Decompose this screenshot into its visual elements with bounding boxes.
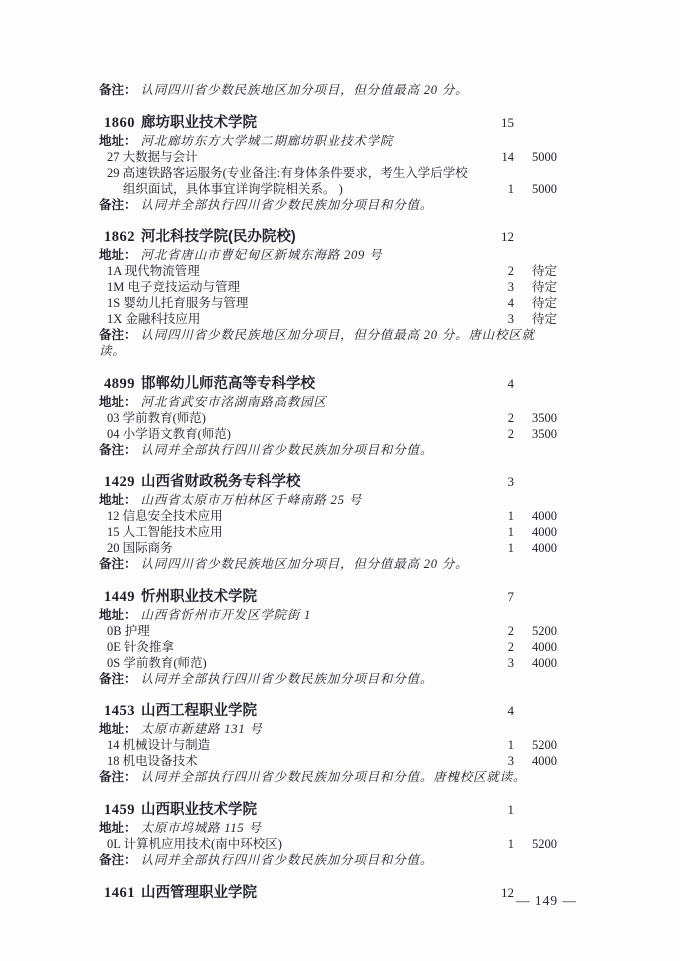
major-title: 20 国际商务	[99, 541, 478, 557]
school-header-row: 1862河北科技学院(民办院校) 12	[99, 227, 557, 247]
address-row: 地址：太原市新建路 131 号	[99, 722, 557, 738]
major-plan-count: 3	[478, 280, 514, 296]
majors: 1A 现代物流管理 2 待定 1M 电子竞技运动与管理 3 待定 1S 婴幼儿托…	[99, 264, 557, 328]
school-code: 1449	[104, 589, 135, 605]
address-text: 太原市坞城路 115 号	[141, 821, 262, 835]
major-row: 1M 电子竞技运动与管理 3 待定	[99, 280, 557, 296]
major-row: 0S 学前教育(师范) 3 4000	[99, 656, 557, 672]
school-title: 4899邯郸幼儿师范高等专科学校	[99, 375, 478, 394]
major-code: 18	[107, 754, 120, 768]
school-name: 山西职业技术学院	[141, 802, 257, 818]
carryover-remark-row: 备注：认同四川省少数民族地区加分项目，但分值最高 20 分。	[99, 83, 557, 99]
major-plan-count: 2	[478, 411, 514, 427]
major-plan-count: 3	[478, 656, 514, 672]
major-row: 0L 计算机应用技术(南中环校区) 1 5200	[99, 837, 557, 853]
document-page: 备注：认同四川省少数民族地区加分项目，但分值最高 20 分。 1860廊坊职业技…	[0, 0, 680, 961]
school-block: 1453山西工程职业学院 4 地址：太原市新建路 131 号 14 机械设计与制…	[99, 701, 557, 786]
major-plan-count: 2	[478, 640, 514, 656]
school-header-row: 1453山西工程职业学院 4	[99, 701, 557, 721]
major-name: 人工智能技术应用	[123, 525, 223, 539]
major-tuition-fee: 5200	[514, 738, 557, 754]
major-tuition-fee: 4000	[514, 541, 557, 557]
remark-text: 认同并全部执行四川省少数民族加分项目和分值。	[141, 443, 434, 457]
major-name: 计算机应用技术(南中环校区)	[124, 837, 282, 851]
address-row: 地址：山西省忻州市开发区学院街 1	[99, 608, 557, 624]
major-code: 1X	[107, 312, 122, 326]
major-title: 1X 金融科技应用	[99, 312, 478, 328]
address-text: 太原市新建路 131 号	[141, 722, 263, 736]
major-name: 学前教育(师范)	[123, 656, 206, 670]
major-code: 14	[107, 738, 120, 752]
school-title: 1860廊坊职业技术学院	[99, 114, 478, 133]
major-row: 0E 针灸推拿 2 4000	[99, 640, 557, 656]
major-plan-count: 3	[478, 754, 514, 770]
major-plan-count: 1	[478, 525, 514, 541]
major-name: 小学语文教育(师范)	[123, 427, 231, 441]
major-plan-count: 3	[478, 312, 514, 328]
major-plan-count: 1	[478, 738, 514, 754]
major-row: 1X 金融科技应用 3 待定	[99, 312, 557, 328]
major-code: 15	[107, 525, 120, 539]
majors: 12 信息安全技术应用 1 4000 15 人工智能技术应用 1 4000 20…	[99, 509, 557, 557]
remark-row: 备注：认同四川省少数民族地区加分项目，但分值最高 20 分。唐山校区就读。	[99, 328, 557, 360]
major-title: 04 小学语文教育(师范)	[99, 427, 478, 443]
school-block: 1862河北科技学院(民办院校) 12 地址：河北省唐山市曹妃甸区新城东海路 2…	[99, 227, 557, 359]
major-code: 1S	[107, 296, 120, 310]
address-row: 地址：太原市坞城路 115 号	[99, 821, 557, 837]
major-row: 29 高速铁路客运服务(专业备注:有身体条件要求，考生入学后学校组织面试，具体事…	[99, 166, 557, 198]
major-plan-count: 14	[478, 150, 514, 166]
major-tuition-fee: 5000	[514, 150, 557, 166]
school-header-row: 1459山西职业技术学院 1	[99, 800, 557, 820]
address-label: 地址：	[99, 821, 137, 835]
address-text: 山西省忻州市开发区学院街 1	[141, 608, 312, 622]
school-header-row: 1461山西管理职业学院 12	[99, 883, 557, 903]
address-label: 地址：	[99, 493, 137, 507]
major-name: 机械设计与制造	[123, 738, 211, 752]
remark-label: 备注：	[99, 328, 137, 342]
major-tuition-fee: 待定	[514, 296, 557, 312]
major-title: 0S 学前教育(师范)	[99, 656, 478, 672]
majors: 0B 护理 2 5200 0E 针灸推拿 2 4000 0S 学前教育(师范) …	[99, 624, 557, 672]
major-row: 03 学前教育(师范) 2 3500	[99, 411, 557, 427]
major-title: 03 学前教育(师范)	[99, 411, 478, 427]
remark-label: 备注：	[99, 770, 137, 784]
school-title: 1429山西省财政税务专科学校	[99, 473, 478, 492]
major-name: 针灸推拿	[124, 640, 174, 654]
major-tuition-fee: 3500	[514, 427, 557, 443]
school-block: 1860廊坊职业技术学院 15 地址：河北廊坊东方大学城二期廊坊职业技术学院 2…	[99, 113, 557, 214]
major-title: 0E 针灸推拿	[99, 640, 478, 656]
school-plan-count: 4	[478, 701, 514, 720]
school-name: 邯郸幼儿师范高等专科学校	[141, 376, 315, 392]
major-row: 18 机电设备技术 3 4000	[99, 754, 557, 770]
major-plan-count: 2	[478, 264, 514, 280]
major-name: 金融科技应用	[125, 312, 200, 326]
remark-text: 认同并全部执行四川省少数民族加分项目和分值。	[141, 198, 434, 212]
majors: 03 学前教育(师范) 2 3500 04 小学语文教育(师范) 2 3500	[99, 411, 557, 443]
major-code: 29	[107, 166, 120, 180]
major-row: 1S 婴幼儿托育服务与管理 4 待定	[99, 296, 557, 312]
major-tuition-fee: 3500	[514, 411, 557, 427]
school-block: 1429山西省财政税务专科学校 3 地址：山西省太原市万柏林区千峰南路 25 号…	[99, 472, 557, 573]
major-code: 12	[107, 509, 120, 523]
remark-row: 备注：认同四川省少数民族地区加分项目，但分值最高 20 分。	[99, 557, 557, 573]
major-tuition-fee: 待定	[514, 312, 557, 328]
address-row: 地址：河北省唐山市曹妃甸区新城东海路 209 号	[99, 248, 557, 264]
major-name: 机电设备技术	[123, 754, 198, 768]
school-plan-count: 3	[478, 472, 514, 491]
major-plan-count: 1	[478, 182, 514, 198]
major-title: 18 机电设备技术	[99, 754, 478, 770]
remark-text: 认同并全部执行四川省少数民族加分项目和分值。	[141, 853, 434, 867]
remark-row: 备注：认同并全部执行四川省少数民族加分项目和分值。	[99, 443, 557, 459]
major-title: 0B 护理	[99, 624, 478, 640]
school-header-row: 1449忻州职业技术学院 7	[99, 587, 557, 607]
school-name: 山西管理职业学院	[141, 885, 257, 901]
school-block: 1461山西管理职业学院 12	[99, 883, 557, 903]
page-content: 备注：认同四川省少数民族地区加分项目，但分值最高 20 分。 1860廊坊职业技…	[99, 83, 557, 904]
remark-text: 认同四川省少数民族地区加分项目，但分值最高 20 分。唐山校区就读。	[99, 328, 535, 358]
remark-row: 备注：认同并全部执行四川省少数民族加分项目和分值。	[99, 672, 557, 688]
major-row: 27 大数据与会计 14 5000	[99, 150, 557, 166]
remark-label: 备注：	[99, 443, 137, 457]
school-code: 1862	[104, 229, 135, 245]
major-title: 29 高速铁路客运服务(专业备注:有身体条件要求，考生入学后学校组织面试，具体事…	[99, 166, 478, 198]
school-header-row: 1429山西省财政税务专科学校 3	[99, 472, 557, 492]
major-code: 0B	[107, 624, 122, 638]
school-name: 廊坊职业技术学院	[141, 115, 257, 131]
remark-text: 认同四川省少数民族地区加分项目，但分值最高 20 分。	[141, 557, 469, 571]
major-title: 14 机械设计与制造	[99, 738, 478, 754]
school-name: 河北科技学院(民办院校)	[141, 229, 296, 245]
address-label: 地址：	[99, 134, 137, 148]
school-header-row: 4899邯郸幼儿师范高等专科学校 4	[99, 374, 557, 394]
school-plan-count: 15	[478, 113, 514, 132]
major-code: 03	[107, 411, 120, 425]
major-plan-count: 1	[478, 509, 514, 525]
major-tuition-fee: 5000	[514, 182, 557, 198]
school-plan-count: 4	[478, 374, 514, 393]
major-code: 1A	[107, 264, 122, 278]
address-text: 河北省唐山市曹妃甸区新城东海路 209 号	[141, 248, 383, 262]
major-tuition-fee: 4000	[514, 509, 557, 525]
remark-text: 认同四川省少数民族地区加分项目，但分值最高 20 分。	[141, 83, 469, 97]
school-code: 1429	[104, 474, 135, 490]
major-title: 1S 婴幼儿托育服务与管理	[99, 296, 478, 312]
school-title: 1449忻州职业技术学院	[99, 588, 478, 607]
major-plan-count: 1	[478, 837, 514, 853]
major-code: 20	[107, 541, 120, 555]
address-row: 地址：河北省武安市洺湖南路高教园区	[99, 395, 557, 411]
school-code: 1459	[104, 802, 135, 818]
major-row: 0B 护理 2 5200	[99, 624, 557, 640]
remark-label: 备注：	[99, 198, 137, 212]
school-title: 1862河北科技学院(民办院校)	[99, 228, 478, 247]
major-code: 0E	[107, 640, 121, 654]
school-plan-count: 1	[478, 800, 514, 819]
school-header-row: 1860廊坊职业技术学院 15	[99, 113, 557, 133]
major-name: 大数据与会计	[123, 150, 198, 164]
major-row: 04 小学语文教育(师范) 2 3500	[99, 427, 557, 443]
remark-text: 认同并全部执行四川省少数民族加分项目和分值。唐槐校区就读。	[141, 770, 527, 784]
major-row: 15 人工智能技术应用 1 4000	[99, 525, 557, 541]
major-tuition-fee: 4000	[514, 754, 557, 770]
major-name: 电子竞技运动与管理	[128, 280, 241, 294]
major-code: 0S	[107, 656, 120, 670]
major-name: 婴幼儿托育服务与管理	[123, 296, 248, 310]
major-tuition-fee: 5200	[514, 837, 557, 853]
school-plan-count: 12	[478, 227, 514, 246]
address-label: 地址：	[99, 722, 137, 736]
major-plan-count: 1	[478, 541, 514, 557]
major-tuition-fee: 4000	[514, 656, 557, 672]
major-row: 14 机械设计与制造 1 5200	[99, 738, 557, 754]
school-block: 1449忻州职业技术学院 7 地址：山西省忻州市开发区学院街 1 0B 护理 2…	[99, 587, 557, 688]
major-tuition-fee: 4000	[514, 525, 557, 541]
major-name: 学前教育(师范)	[123, 411, 206, 425]
major-title: 1M 电子竞技运动与管理	[99, 280, 478, 296]
school-name: 忻州职业技术学院	[141, 589, 257, 605]
remark-label: 备注：	[99, 557, 137, 571]
remark-text: 认同并全部执行四川省少数民族加分项目和分值。	[141, 672, 434, 686]
remark-label: 备注：	[99, 853, 137, 867]
school-code: 1860	[104, 115, 135, 131]
major-code: 0L	[107, 837, 120, 851]
major-plan-count: 2	[478, 624, 514, 640]
school-code: 4899	[104, 376, 135, 392]
major-name: 信息安全技术应用	[123, 509, 223, 523]
address-label: 地址：	[99, 395, 137, 409]
major-title: 0L 计算机应用技术(南中环校区)	[99, 837, 478, 853]
major-code: 1M	[107, 280, 124, 294]
page-number: — 149 —	[516, 893, 577, 909]
remark-label: 备注：	[99, 672, 137, 686]
major-tuition-fee: 5200	[514, 624, 557, 640]
school-name: 山西省财政税务专科学校	[141, 474, 301, 490]
school-list: 1860廊坊职业技术学院 15 地址：河北廊坊东方大学城二期廊坊职业技术学院 2…	[99, 113, 557, 903]
address-row: 地址：河北廊坊东方大学城二期廊坊职业技术学院	[99, 134, 557, 150]
major-code: 04	[107, 427, 120, 441]
school-plan-count: 12	[478, 883, 514, 902]
major-name: 护理	[125, 624, 150, 638]
remark-row: 备注：认同并全部执行四川省少数民族加分项目和分值。	[99, 853, 557, 869]
major-row: 12 信息安全技术应用 1 4000	[99, 509, 557, 525]
school-title: 1461山西管理职业学院	[99, 884, 478, 903]
remark-label: 备注：	[99, 83, 137, 97]
address-row: 地址：山西省太原市万柏林区千峰南路 25 号	[99, 493, 557, 509]
major-name: 现代物流管理	[125, 264, 200, 278]
remark-row: 备注：认同并全部执行四川省少数民族加分项目和分值。	[99, 198, 557, 214]
address-label: 地址：	[99, 248, 137, 262]
address-text: 山西省太原市万柏林区千峰南路 25 号	[141, 493, 362, 507]
major-title: 15 人工智能技术应用	[99, 525, 478, 541]
major-row: 1A 现代物流管理 2 待定	[99, 264, 557, 280]
address-text: 河北省武安市洺湖南路高教园区	[141, 395, 327, 409]
major-code: 27	[107, 150, 120, 164]
school-title: 1453山西工程职业学院	[99, 702, 478, 721]
major-tuition-fee: 4000	[514, 640, 557, 656]
major-tuition-fee: 待定	[514, 280, 557, 296]
school-name: 山西工程职业学院	[141, 703, 257, 719]
major-title: 27 大数据与会计	[99, 150, 478, 166]
school-block: 1459山西职业技术学院 1 地址：太原市坞城路 115 号 0L 计算机应用技…	[99, 800, 557, 869]
address-label: 地址：	[99, 608, 137, 622]
majors: 27 大数据与会计 14 5000 29 高速铁路客运服务(专业备注:有身体条件…	[99, 150, 557, 198]
majors: 14 机械设计与制造 1 5200 18 机电设备技术 3 4000	[99, 738, 557, 770]
remark-row: 备注：认同并全部执行四川省少数民族加分项目和分值。唐槐校区就读。	[99, 770, 557, 786]
school-plan-count: 7	[478, 587, 514, 606]
major-plan-count: 2	[478, 427, 514, 443]
major-name: 高速铁路客运服务(专业备注:有身体条件要求，考生入学后学校组织面试，具体事宜详询…	[123, 166, 468, 196]
address-text: 河北廊坊东方大学城二期廊坊职业技术学院	[141, 134, 394, 148]
school-block: 4899邯郸幼儿师范高等专科学校 4 地址：河北省武安市洺湖南路高教园区 03 …	[99, 374, 557, 459]
major-title: 1A 现代物流管理	[99, 264, 478, 280]
major-plan-count: 4	[478, 296, 514, 312]
major-tuition-fee: 待定	[514, 264, 557, 280]
school-title: 1459山西职业技术学院	[99, 801, 478, 820]
major-name: 国际商务	[123, 541, 173, 555]
school-code: 1453	[104, 703, 135, 719]
major-title: 12 信息安全技术应用	[99, 509, 478, 525]
major-row: 20 国际商务 1 4000	[99, 541, 557, 557]
school-code: 1461	[104, 885, 135, 901]
majors: 0L 计算机应用技术(南中环校区) 1 5200	[99, 837, 557, 853]
